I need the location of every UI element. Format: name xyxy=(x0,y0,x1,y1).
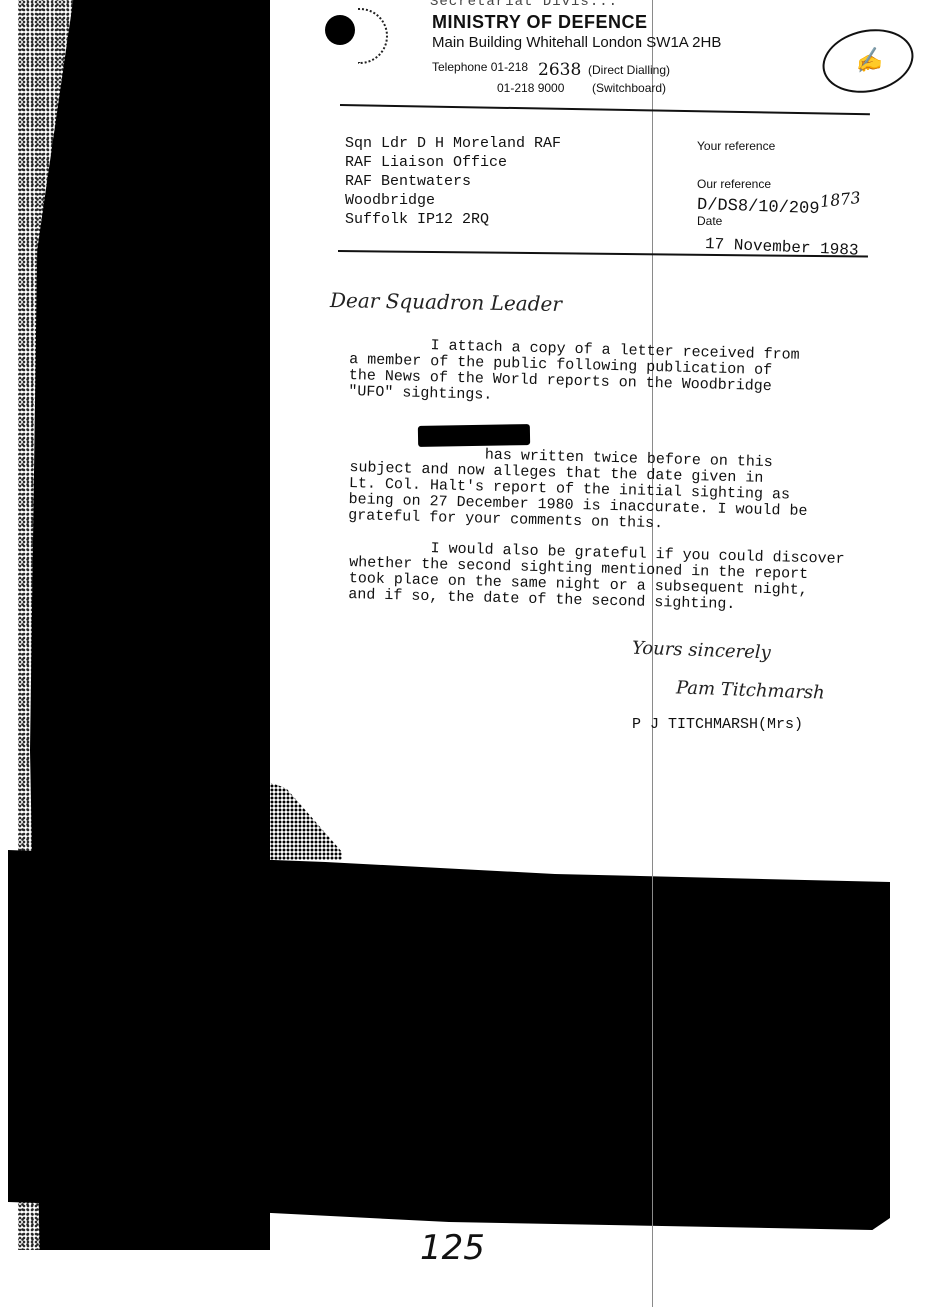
paragraph-2: has written twice before on this subject… xyxy=(348,444,809,536)
punch-hole xyxy=(325,15,355,45)
recipient-line: RAF Bentwaters xyxy=(345,172,561,191)
salutation: Dear Squadron Leader xyxy=(330,288,562,316)
initials-stamp-icon: ✍ xyxy=(817,21,920,101)
our-reference-handwritten: 1873 xyxy=(819,188,861,211)
signature: Pam Titchmarsh xyxy=(676,677,825,703)
redaction-block xyxy=(418,424,530,447)
scan-black-block-bottom xyxy=(8,850,890,1250)
recipient-address: Sqn Ldr D H Moreland RAF RAF Liaison Off… xyxy=(345,134,561,229)
direct-dialling-note: (Direct Dialling) xyxy=(588,63,670,77)
scan-speckle-corner xyxy=(262,780,342,860)
page-number: 125 xyxy=(420,1228,485,1268)
division-header: Secretariat Divis... xyxy=(430,0,618,10)
date-label: Date xyxy=(697,214,722,228)
recipient-line: Woodbridge xyxy=(345,191,561,210)
signatory-name: P J TITCHMARSH(Mrs) xyxy=(632,716,803,733)
paragraph-1: I attach a copy of a letter received fro… xyxy=(348,336,800,412)
organization-address: Main Building Whitehall London SW1A 2HB xyxy=(432,34,721,51)
paragraph-3: I would also be grateful if you could di… xyxy=(348,539,845,616)
telephone-label: Telephone 01-218 xyxy=(432,60,528,74)
recipient-line: Sqn Ldr D H Moreland RAF xyxy=(345,134,561,153)
switchboard-note: (Switchboard) xyxy=(592,81,666,95)
organization-name: MINISTRY OF DEFENCE xyxy=(432,12,648,33)
direct-number: 2638 xyxy=(538,60,581,80)
divider-top xyxy=(340,104,870,115)
recipient-line: RAF Liaison Office xyxy=(345,153,561,172)
recipient-line: Suffolk IP12 2RQ xyxy=(345,210,561,229)
our-reference-label: Our reference xyxy=(697,177,771,191)
royal-crest-icon xyxy=(358,8,388,64)
switchboard-number: 01-218 9000 xyxy=(497,81,564,95)
your-reference-label: Your reference xyxy=(697,139,775,153)
